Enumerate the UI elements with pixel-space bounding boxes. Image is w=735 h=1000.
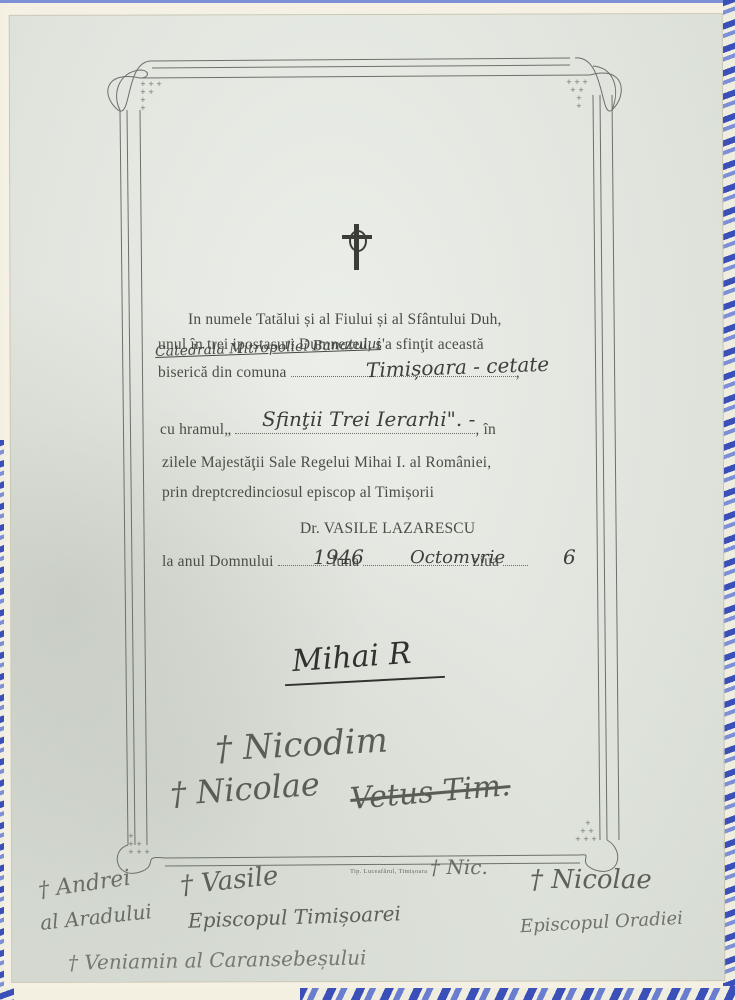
signature-nic: † Nic.	[430, 855, 488, 879]
patron-suffix: , în	[475, 421, 496, 438]
printer-mark: Tip. Luceafărul, Timișoara	[350, 868, 427, 875]
year-label: la anul Domnului	[162, 553, 274, 570]
handwritten-month: Octomvrie	[410, 547, 505, 568]
king-line: zilele Majestăţii Sale Regelui Mihai I. …	[162, 454, 607, 472]
bishop-name: Dr. VASILE LAZARESCU	[300, 520, 735, 538]
handwritten-day: 6	[563, 545, 576, 569]
invocation-line: In numele Tatălui și al Fiului și al Sfâ…	[188, 311, 633, 329]
commune-label: biserică din comuna	[158, 364, 287, 381]
handwritten-patron-saints: Sfinţii Trei Ierarhi". -	[262, 407, 475, 431]
bishop-line: prin dreptcredinciosul episcop al Timișo…	[162, 484, 607, 502]
patron-label: cu hramul	[160, 421, 224, 438]
quote-open: „	[224, 421, 231, 438]
handwritten-year: 1946	[313, 545, 364, 569]
date-line: la anul Domnului luna ziua	[162, 551, 607, 571]
cross-icon	[342, 224, 372, 270]
backdrop-pattern-bottom	[300, 986, 735, 1000]
signature-nicolae-oradea: † Nicolae	[530, 865, 652, 895]
day-blank	[503, 551, 528, 566]
